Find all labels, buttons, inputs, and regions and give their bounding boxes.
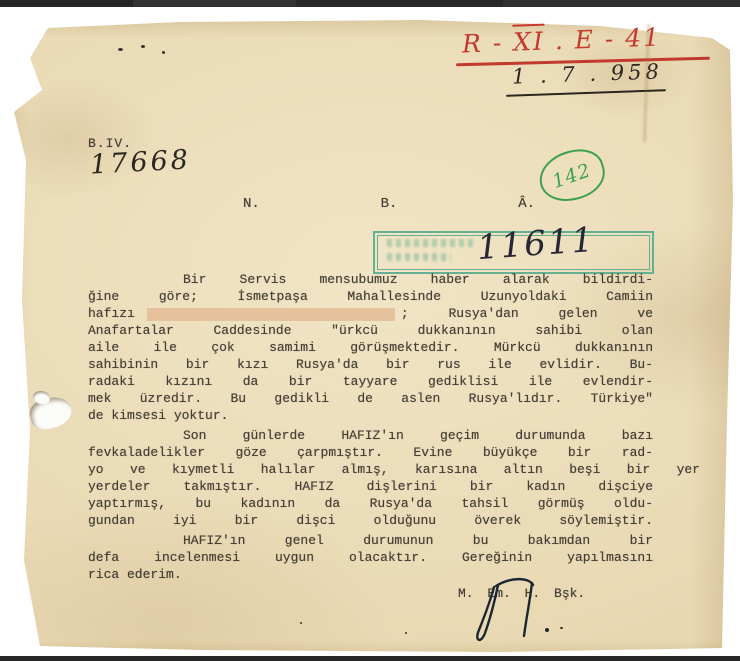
registry-ref-left: R -: [462, 28, 514, 59]
paragraph-2: Son günlerde HAFIZ'ın geçim durumunda ba…: [88, 427, 653, 529]
line-text: aile ile çok samimi görüşmektedir. Mürkc…: [88, 339, 653, 356]
stamp-faint-imprint: [387, 253, 451, 261]
document-body: Bir Servis mensubumuz haber alarak bildi…: [88, 271, 653, 586]
line-text: mek üzredir. Bu gedikli de aslen Rusya'l…: [88, 390, 653, 407]
redaction-box: [147, 308, 395, 321]
page-number-circle: 142: [534, 143, 610, 207]
line-text: gundan iyi bir dişci olduğunu överek söy…: [88, 512, 653, 529]
header-letter-a: Â.: [518, 196, 535, 212]
paper-speck: [118, 48, 123, 51]
header-letter-n: N.: [243, 196, 260, 212]
stamp-faint-imprint: [387, 239, 473, 247]
line-text: fevkaladelikler göze çarpmıştır. Evine b…: [88, 444, 653, 461]
paper-speck: [162, 51, 165, 54]
page-number-value: 142: [550, 159, 594, 193]
registry-ref-roman-numeral: XI: [513, 24, 546, 57]
line-text: defa incelenmesi uygun olacaktır. Gereği…: [88, 549, 653, 566]
line-text: Bir Servis mensubumuz haber alarak bildi…: [88, 271, 653, 288]
classification-header: N. B. Â.: [243, 196, 535, 212]
line-text: yerdeler takmıştır. HAFIZ dişlerini bir …: [88, 478, 653, 495]
paper-speck: [405, 632, 407, 634]
stamp-number-handwritten: 11611: [476, 220, 597, 268]
line-text: radaki kızını da bir tayyare gediklisi i…: [88, 373, 653, 390]
paper-speck: [300, 622, 302, 624]
date-underline: [506, 89, 666, 97]
paper-speck: [141, 45, 145, 48]
signature-scribble-icon: [474, 574, 574, 644]
redacted-line: hafızı; Rusya'dan gelen ve: [88, 305, 653, 322]
paragraph-1: Bir Servis mensubumuz haber alarak bildi…: [88, 271, 653, 424]
line-text: yo ve kıymetli halılar almış, karısına a…: [88, 461, 700, 478]
line-text: sahibinin bir kızı Rusya'da bir rus ile …: [88, 356, 653, 373]
line-text: hafızı: [88, 305, 135, 322]
line-text: de kimsesi yoktur.: [88, 407, 653, 424]
file-number-handwritten: 17668: [89, 144, 191, 180]
header-letter-b: B.: [381, 196, 398, 212]
line-text: ; Rusya'dan gelen ve: [401, 305, 653, 322]
line-text: Anafartalar Caddesinde "ürkcü dukkanının…: [88, 322, 653, 339]
registry-ref-right: . E - 41: [544, 23, 661, 56]
registry-reference-handwritten: R - XI . E - 41: [462, 23, 662, 59]
line-text: ğine göre; İsmetpaşa Mahallesinde Uzunyo…: [88, 288, 653, 305]
line-text: yaptırmış, bu kadının da Rusya'da tahsil…: [88, 495, 653, 512]
document-content: R - XI . E - 41 1 . 7 . 958 B.IV. 17668 …: [0, 0, 740, 661]
line-text: HAFIZ'ın genel durumunun bu bakımdan bir: [88, 532, 653, 549]
line-text: Son günlerde HAFIZ'ın geçim durumunda ba…: [88, 427, 653, 444]
date-handwritten: 1 . 7 . 958: [512, 59, 664, 88]
